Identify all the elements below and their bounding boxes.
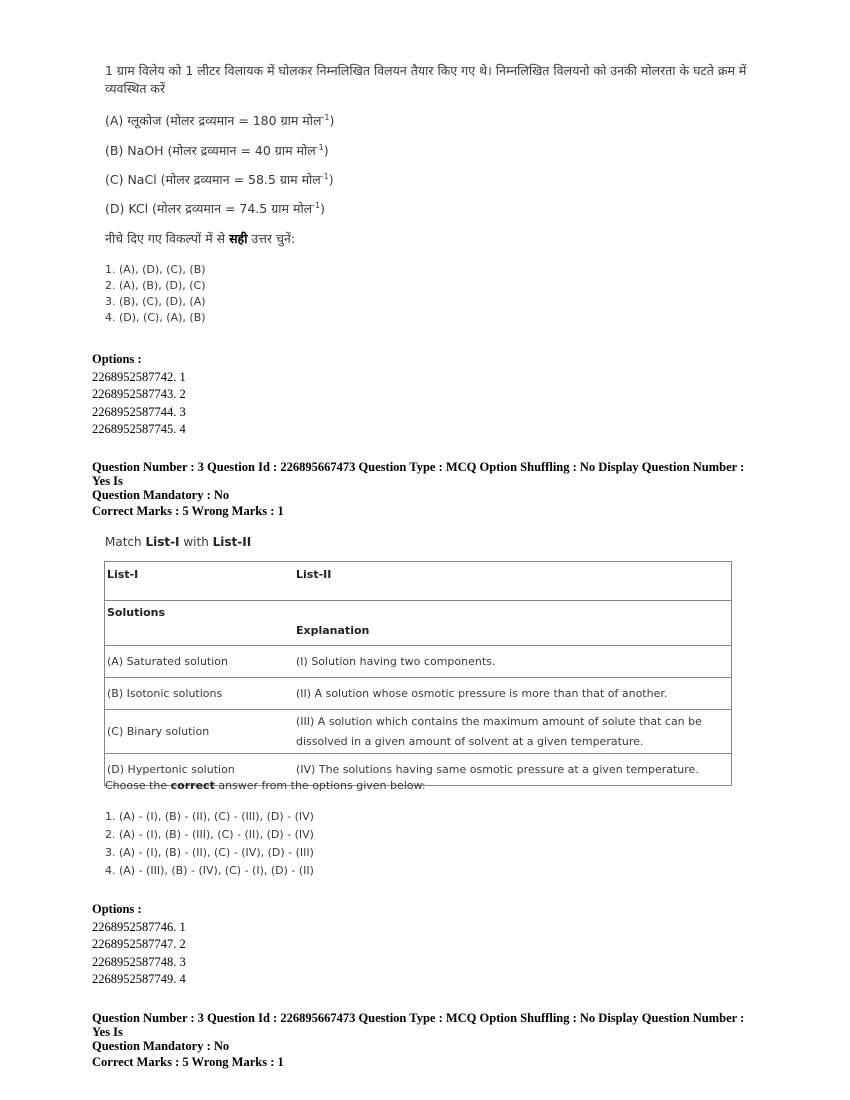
table-header-cell: List-I	[105, 562, 294, 601]
answer-choice: 2. (A), (B), (D), (C)	[105, 278, 206, 294]
table-cell: (C) Binary solution	[105, 710, 294, 754]
hindi-item-d: (D) KCl (मोलर द्रव्यमान = 74.5 ग्राम मोल…	[105, 201, 325, 217]
options-block-1: Options : 2268952587742. 1 2268952587743…	[92, 351, 186, 439]
option-id: 2268952587748. 3	[92, 954, 186, 972]
question-marks: Correct Marks : 5 Wrong Marks : 1	[92, 504, 762, 518]
options-header: Options :	[92, 351, 186, 369]
table-row: (C) Binary solution (III) A solution whi…	[105, 710, 732, 754]
table-row: (B) Isotonic solutions (II) A solution w…	[105, 678, 732, 710]
option-id: 2268952587749. 4	[92, 971, 186, 989]
hindi-item-a: (A) ग्लूकोज (मोलर द्रव्यमान = 180 ग्राम …	[105, 113, 334, 129]
hindi-item-b: (B) NaOH (मोलर द्रव्यमान = 40 ग्राम मोल-…	[105, 143, 329, 159]
question-meta-line: Question Number : 3 Question Id : 226895…	[92, 1011, 762, 1039]
table-cell: (B) Isotonic solutions	[105, 678, 294, 710]
choose-instruction: Choose the correct answer from the optio…	[105, 779, 426, 793]
hindi-choose-instruction: नीचे दिए गए विकल्पों में से सही उत्तर चु…	[105, 231, 295, 247]
answer-choice: 3. (A) - (I), (B) - (II), (C) - (IV), (D…	[105, 844, 314, 862]
option-id: 2268952587742. 1	[92, 369, 186, 387]
question-meta-line: Question Number : 3 Question Id : 226895…	[92, 460, 762, 488]
table-subheader-row: Solutions Explanation	[105, 601, 732, 646]
question-marks: Correct Marks : 5 Wrong Marks : 1	[92, 1055, 762, 1069]
option-id: 2268952587746. 1	[92, 919, 186, 937]
table-cell: (A) Saturated solution	[105, 646, 294, 678]
hindi-answer-choices: 1. (A), (D), (C), (B) 2. (A), (B), (D), …	[105, 262, 206, 326]
answer-choice: 3. (B), (C), (D), (A)	[105, 294, 206, 310]
hindi-item-c: (C) NaCl (मोलर द्रव्यमान = 58.5 ग्राम मो…	[105, 172, 334, 188]
table-subheader-cell: Explanation	[293, 601, 732, 646]
table-header-row: List-I List-II	[105, 562, 732, 601]
option-id: 2268952587744. 3	[92, 404, 186, 422]
table-cell: (I) Solution having two components.	[293, 646, 732, 678]
match-answer-choices: 1. (A) - (I), (B) - (II), (C) - (III), (…	[105, 808, 314, 880]
answer-choice: 1. (A), (D), (C), (B)	[105, 262, 206, 278]
table-row: (A) Saturated solution (I) Solution havi…	[105, 646, 732, 678]
options-block-2: Options : 2268952587746. 1 2268952587747…	[92, 901, 186, 989]
answer-choice: 4. (A) - (III), (B) - (IV), (C) - (I), (…	[105, 862, 314, 880]
option-id: 2268952587747. 2	[92, 936, 186, 954]
answer-choice: 2. (A) - (I), (B) - (III), (C) - (II), (…	[105, 826, 314, 844]
question-meta-1: Question Number : 3 Question Id : 226895…	[92, 460, 762, 518]
table-cell: (II) A solution whose osmotic pressure i…	[293, 678, 732, 710]
question-meta-line: Question Mandatory : No	[92, 1039, 762, 1053]
options-header: Options :	[92, 901, 186, 919]
match-table: List-I List-II Solutions Explanation (A)…	[104, 561, 732, 786]
match-title: Match List-I with List-II	[105, 534, 251, 550]
answer-choice: 1. (A) - (I), (B) - (II), (C) - (III), (…	[105, 808, 314, 826]
hindi-question-intro: 1 ग्राम विलेय को 1 लीटर विलायक में घोलकर…	[105, 62, 755, 98]
question-meta-line: Question Mandatory : No	[92, 488, 762, 502]
question-meta-2: Question Number : 3 Question Id : 226895…	[92, 1011, 762, 1069]
answer-choice: 4. (D), (C), (A), (B)	[105, 310, 206, 326]
option-id: 2268952587745. 4	[92, 421, 186, 439]
table-header-cell: List-II	[293, 562, 732, 601]
option-id: 2268952587743. 2	[92, 386, 186, 404]
table-cell: (III) A solution which contains the maxi…	[293, 710, 732, 754]
table-subheader-cell: Solutions	[105, 601, 294, 646]
